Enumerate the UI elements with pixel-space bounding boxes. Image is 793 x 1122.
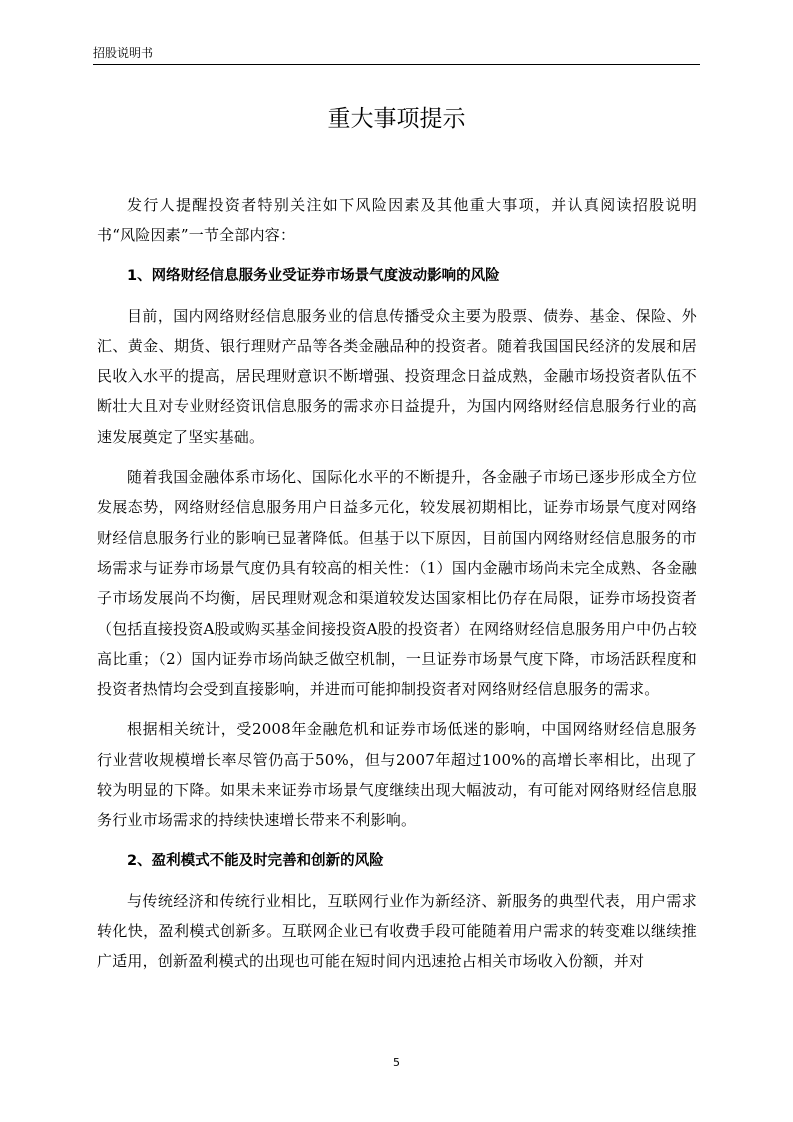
header-divider — [93, 64, 700, 65]
document-title: 重大事项提示 — [0, 104, 793, 134]
section-heading-1: 1、网络财经信息服务业受证券市场景气度波动影响的风险 — [127, 261, 697, 291]
section-1-paragraph: 根据相关统计，受2008年金融危机和证券市场低迷的影响，中国网络财经信息服务行业… — [97, 714, 697, 835]
page-number: 5 — [0, 1056, 793, 1069]
intro-paragraph: 发行人提醒投资者特别关注如下风险因素及其他重大事项，并认真阅读招股说明书“风险因… — [97, 190, 697, 251]
document-body: 发行人提醒投资者特别关注如下风险因素及其他重大事项，并认真阅读招股说明书“风险因… — [97, 190, 697, 987]
page-header: 招股说明书 — [93, 46, 700, 60]
section-1-paragraph: 目前，国内网络财经信息服务业的信息传播受众主要为股票、债券、基金、保险、外汇、黄… — [97, 301, 697, 452]
running-header-title: 招股说明书 — [93, 46, 700, 60]
section-2-paragraph: 与传统经济和传统行业相比，互联网行业作为新经济、新服务的典型代表，用户需求转化快… — [97, 886, 697, 977]
section-1-paragraph: 随着我国金融体系市场化、国际化水平的不断提升，各金融子市场已逐步形成全方位发展态… — [97, 462, 697, 704]
section-heading-2: 2、盈利模式不能及时完善和创新的风险 — [127, 846, 697, 876]
